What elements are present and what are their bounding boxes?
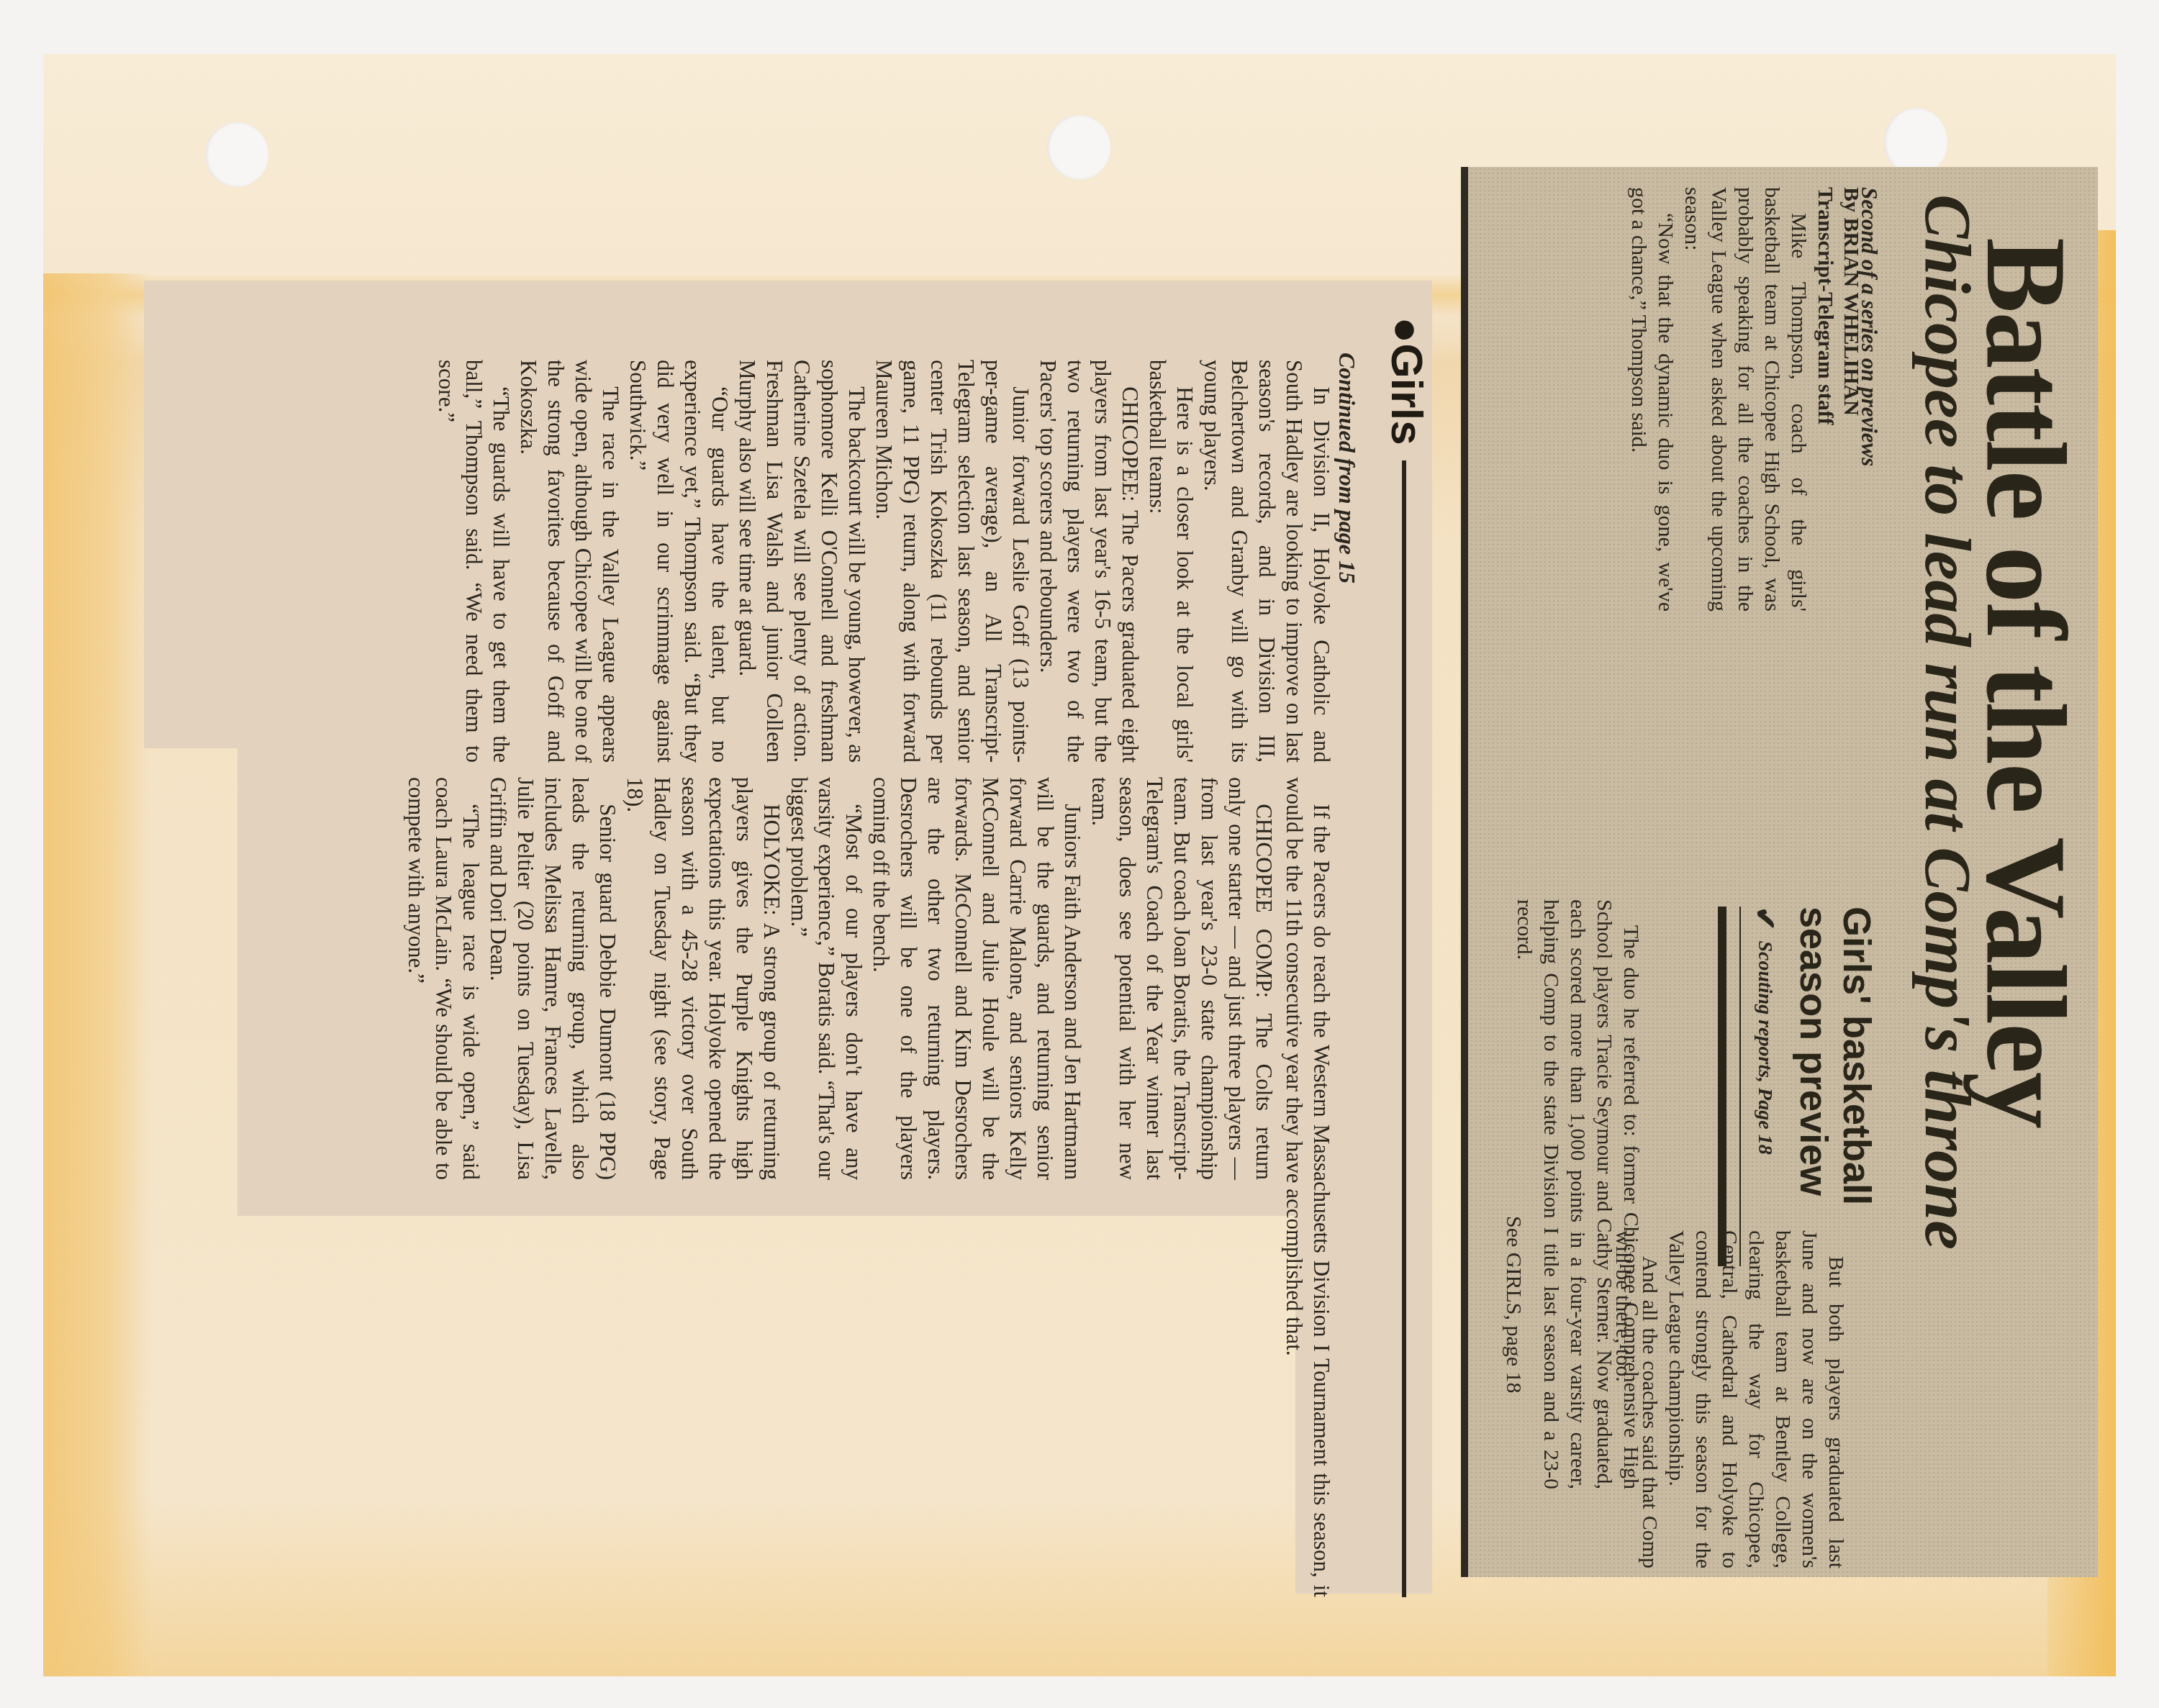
see-also-wrap: See GIRLS, page 18 — [1501, 1216, 1526, 1504]
paragraph: In Division II, Holyoke Catholic and Sou… — [1198, 360, 1335, 763]
column-rule — [1461, 167, 1468, 1577]
section-rule — [1402, 460, 1406, 1597]
sidebar-title-1: Girls' basketball — [1835, 907, 1878, 1266]
binder-hole — [1884, 108, 1947, 176]
sidebar-thick-rule — [1718, 907, 1726, 1266]
sidebar-reference: Scouting reports, Page 18 — [1754, 941, 1777, 1155]
paragraph: “Now that the dynamic duo is gone, we've… — [1626, 187, 1679, 612]
sidebar-title-2: season preview — [1792, 907, 1835, 1266]
continued-col2-wide: If the Pacers do reach the Western Massa… — [1280, 777, 1335, 1597]
main-article-col3: But both players graduated last June and… — [1610, 1230, 1850, 1568]
paragraph: But both players graduated last June and… — [1663, 1230, 1850, 1568]
continued-col1: In Division II, Holyoke Catholic and Sou… — [433, 360, 1335, 763]
paragraph: Mike Thompson, coach of the girls' baske… — [1679, 187, 1812, 612]
paragraph: “Most of our players don't have any vars… — [785, 777, 867, 1180]
water-stain-left — [43, 273, 151, 1676]
paragraph: Senior guard Debbie Dumont (18 PPG) lead… — [484, 777, 621, 1180]
paragraph: And all the coaches said that Comp will … — [1610, 1230, 1663, 1568]
preview-sidebar: Girls' basketball season preview ✔ Scout… — [1718, 907, 1878, 1266]
byline: By BRIAN WHELIHAN — [1838, 187, 1864, 612]
continued-col2: CHICOPEE COMP: The Colts return only one… — [402, 777, 1277, 1180]
paragraph: “The league race is wide open,” said coa… — [402, 777, 484, 1180]
sidebar-rule — [1739, 907, 1741, 1266]
main-article-col1: By BRIAN WHELIHAN Transcript-Telegram st… — [1626, 187, 1864, 612]
binder-hole — [205, 122, 268, 187]
byline-staff: Transcript-Telegram staff — [1812, 187, 1838, 612]
paragraph: CHICOPEE: The Pacers graduated eight pla… — [1034, 360, 1144, 763]
paragraph: Junior forward Leslie Goff (13 points-pe… — [870, 360, 1034, 763]
see-also-link[interactable]: See GIRLS, page 18 — [1502, 1216, 1526, 1394]
paragraph: CHICOPEE COMP: The Colts return only one… — [1086, 777, 1277, 1180]
paragraph: Here is a closer look at the local girls… — [1144, 360, 1198, 763]
paragraph: The race in the Valley League appears wi… — [515, 360, 624, 763]
paragraph: If the Pacers do reach the Western Massa… — [1280, 777, 1335, 1597]
continued-note: Continued from page 15 — [1334, 353, 1360, 583]
checkmark-icon: ✔ — [1748, 907, 1782, 931]
binder-hole — [1047, 115, 1110, 180]
paragraph: Juniors Faith Anderson and Jen Hartmann … — [867, 777, 1086, 1180]
paragraph: HOLYOKE: A strong group of returning pla… — [621, 777, 785, 1180]
paragraph: The backcourt will be young, however, as… — [733, 360, 870, 763]
paragraph: “Our guards have the talent, but no expe… — [624, 360, 733, 763]
section-tag: ●Girls — [1381, 317, 1432, 445]
subheadline: Chicopee to lead run at Comp's throne — [1910, 194, 1986, 1250]
paragraph: “The guards will have to get them the ba… — [433, 360, 515, 763]
